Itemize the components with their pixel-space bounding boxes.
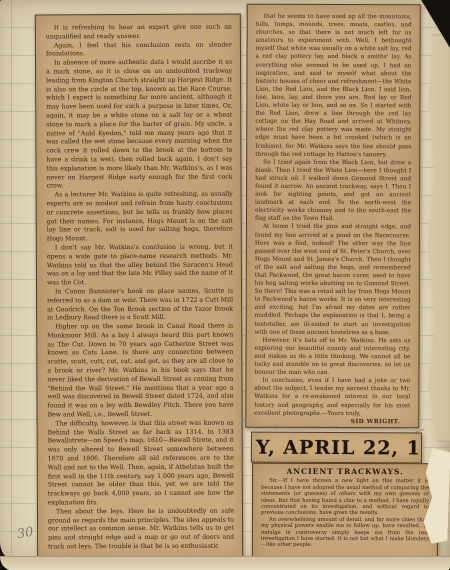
- newspaper-date-strip: Y, APRIL 22, 1922.: [251, 432, 422, 464]
- newspaper-clipping-ancient-trackways: ANCIENT TRACKWAYS. Sir,—If I have thrown…: [252, 463, 438, 564]
- scrapbook-page: It is refreshing to hear an expert give …: [0, 0, 450, 564]
- newspaper-paragraph: I don't say Mr. Watkins's conclusion is …: [47, 244, 233, 289]
- handwritten-page-number: 30: [16, 525, 35, 543]
- newspaper-paragraph: Then about the leys. Here he is undoubte…: [48, 507, 234, 552]
- newspaper-paragraph: At home I tried the pins and straight ed…: [255, 223, 411, 337]
- newspaper-clipping-left-column: It is refreshing to hear an expert give …: [35, 14, 243, 559]
- scrapbook-photo: It is refreshing to hear an expert give …: [0, 0, 450, 570]
- newspaper-paragraph: However, it's hats off to Mr. Watkins. H…: [254, 336, 410, 377]
- newspaper-paragraph: Higher up on the same brook in Canal Roa…: [47, 323, 233, 421]
- date-strip-text: Y, APRIL 22, 1922.: [256, 436, 422, 459]
- article-heading: ANCIENT TRACKWAYS.: [261, 469, 429, 476]
- newspaper-paragraph: The difficulty, however, is that this st…: [48, 419, 234, 508]
- underlying-page-edge: [0, 556, 450, 570]
- newspaper-clipping-right-column: that he seems to have used up all the mo…: [245, 4, 420, 429]
- newspaper-paragraph: Again, I feel that his conclusion rests …: [46, 41, 232, 59]
- newspaper-paragraph: Sir,—If I have thrown a new light on thi…: [261, 478, 429, 517]
- newspaper-paragraph: that he seems to have used up all the mo…: [255, 13, 412, 159]
- newspaper-paragraph: In Canon Bannister's book on place names…: [47, 287, 233, 323]
- newspaper-paragraph: As a lecturer Mr. Watkins is quite refre…: [47, 191, 233, 245]
- margin-line: [11, 0, 12, 564]
- newspaper-paragraph: In absence of more authentic data I woul…: [46, 59, 233, 192]
- newspaper-paragraph: An overwhelming amount of detail, and fa…: [261, 517, 429, 549]
- newspaper-paragraph: So I tried again from the Black Lion, bu…: [255, 158, 411, 223]
- newspaper-paragraph: It is refreshing to hear an expert give …: [46, 24, 232, 42]
- pencil-mark: [415, 429, 427, 439]
- newspaper-paragraph: In conclusion, even if I have had a joke…: [254, 377, 410, 418]
